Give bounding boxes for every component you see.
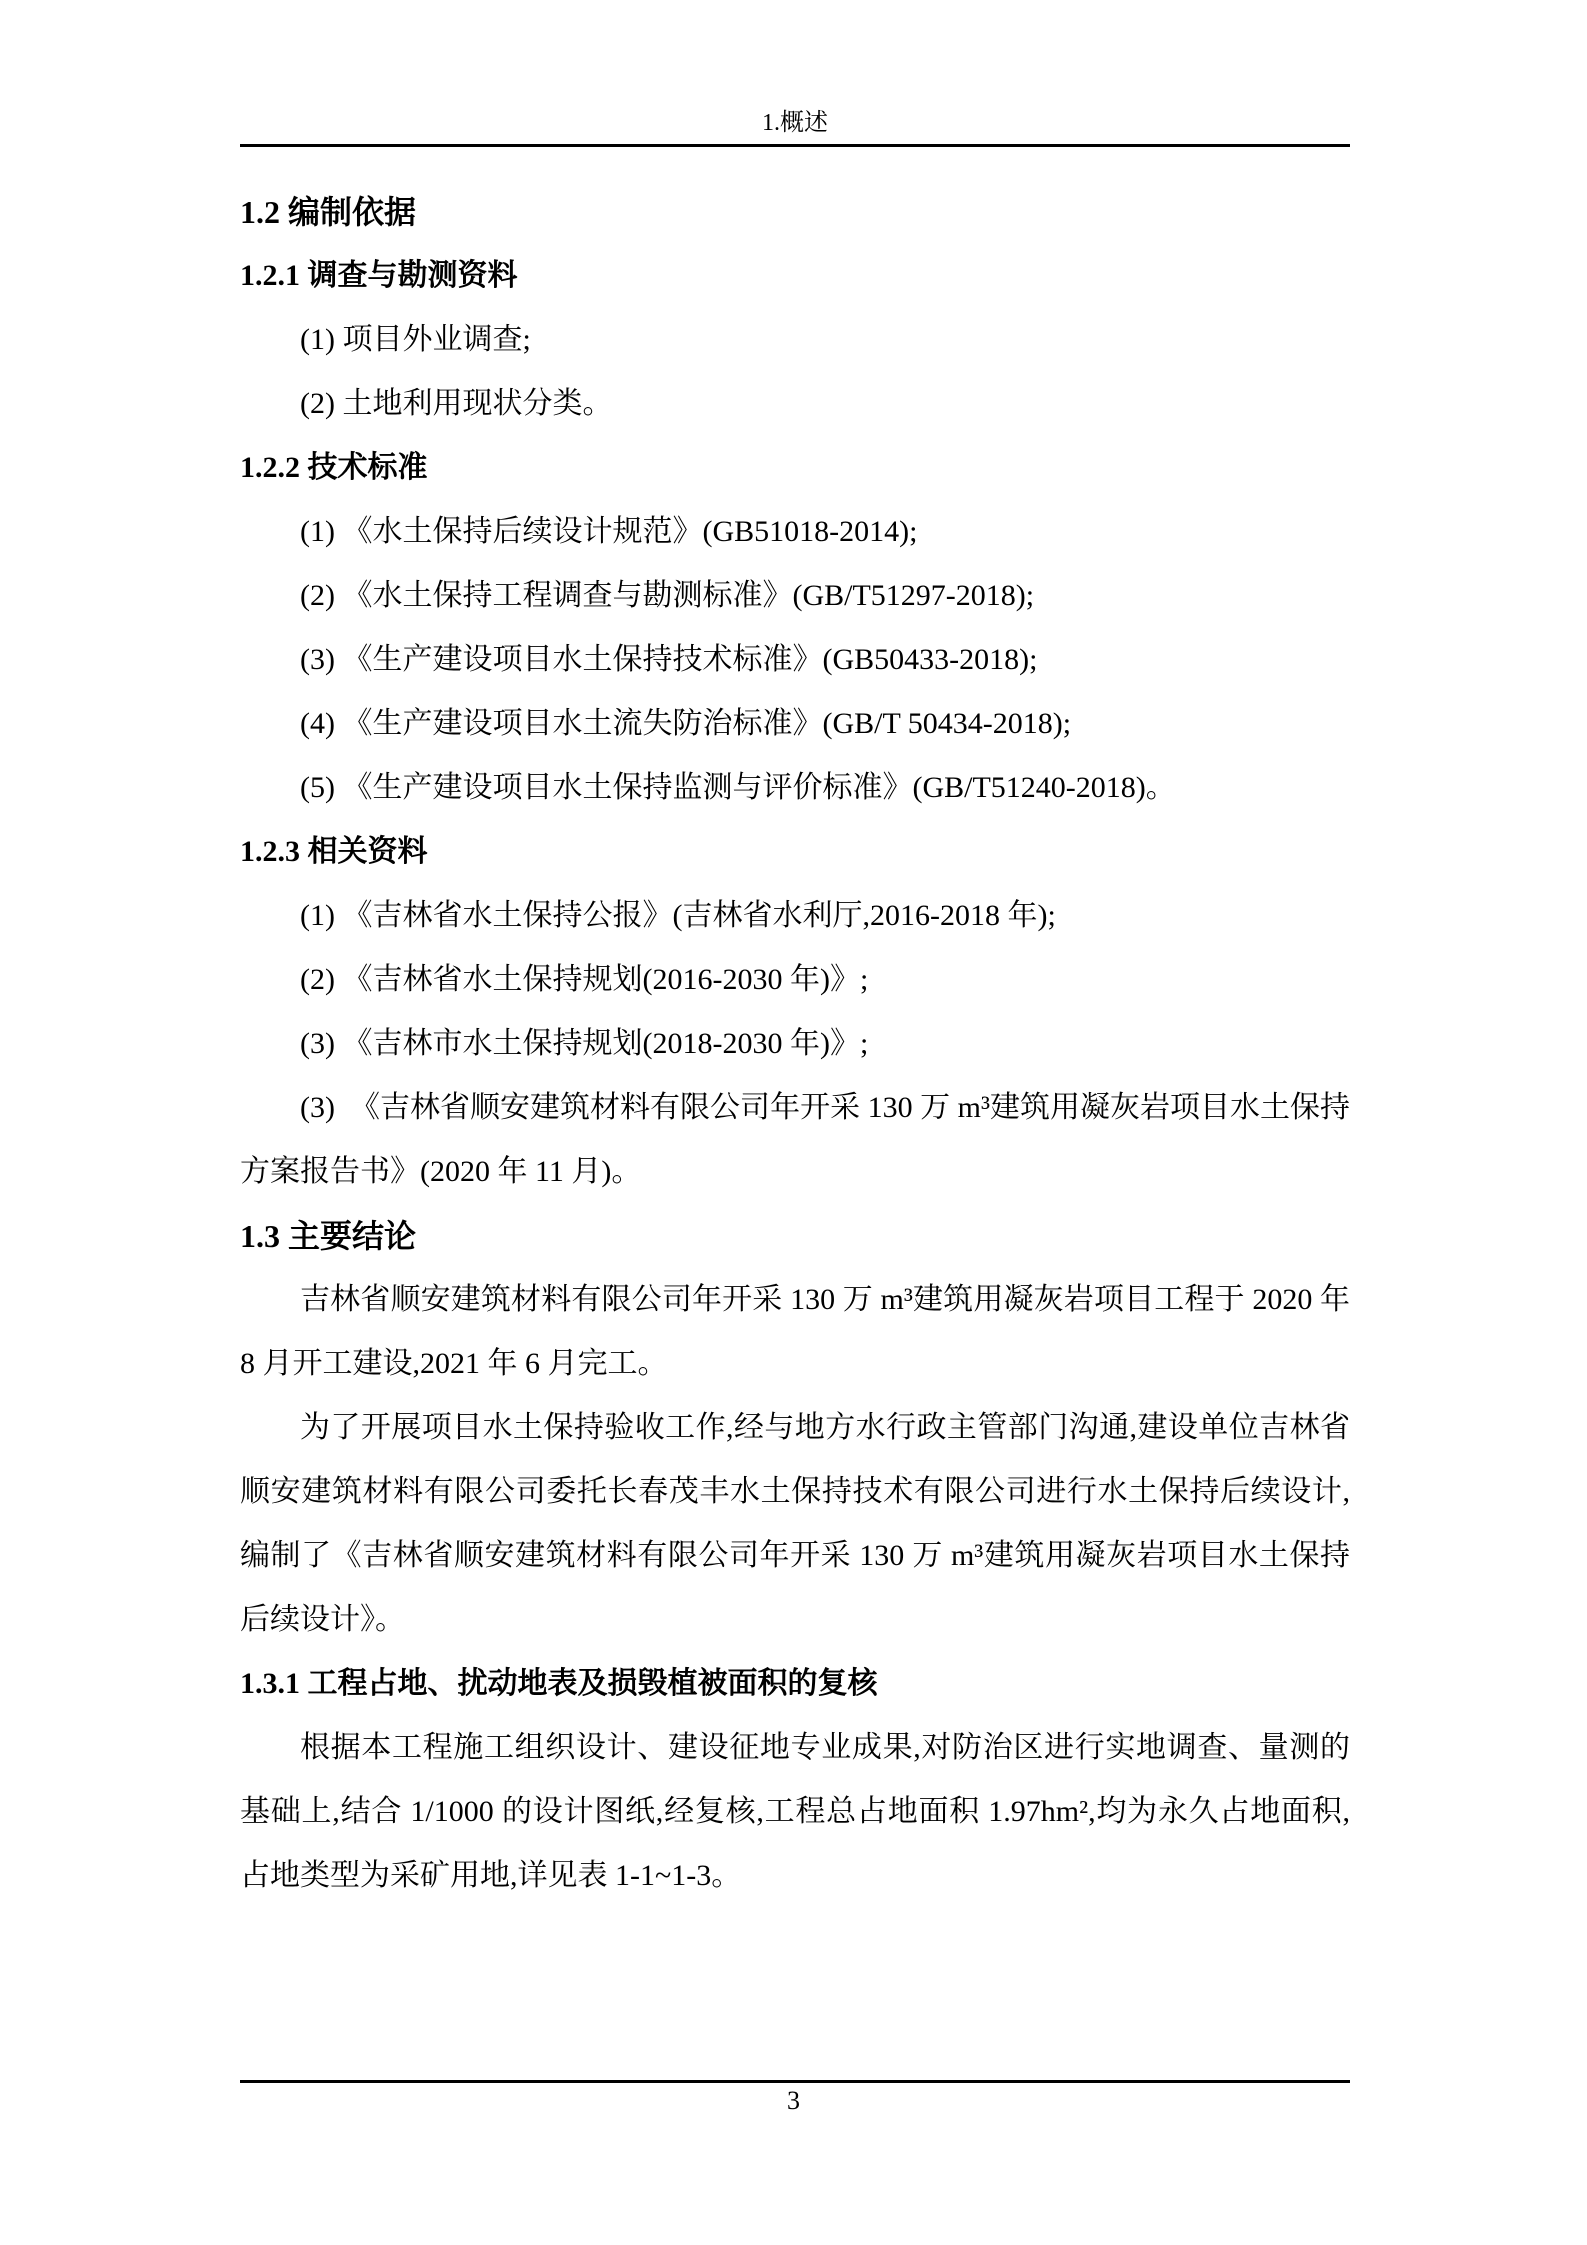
list-item: (4) 《生产建设项目水土流失防治标准》(GB/T 50434-2018); bbox=[240, 692, 1350, 756]
header-title: 1.概述 bbox=[762, 110, 828, 136]
list-item: (1) 《水土保持后续设计规范》(GB51018-2014); bbox=[240, 500, 1350, 564]
heading-1-2-2: 1.2.2 技术标准 bbox=[240, 436, 1350, 500]
document-page: 1.概述 1.2 编制依据 1.2.1 调查与勘测资料 (1) 项目外业调查; … bbox=[0, 0, 1587, 2245]
list-item: (5) 《生产建设项目水土保持监测与评价标准》(GB/T51240-2018)。 bbox=[240, 756, 1350, 820]
footer-rule bbox=[240, 2080, 1350, 2083]
list-item: (3) 《吉林市水土保持规划(2018-2030 年)》; bbox=[240, 1012, 1350, 1076]
list-item: (2) 《吉林省水土保持规划(2016-2030 年)》; bbox=[240, 948, 1350, 1012]
paragraph-area-review: 根据本工程施工组织设计、建设征地专业成果,对防治区进行实地调查、量测的基础上,结… bbox=[240, 1716, 1350, 1908]
list-item: (2) 《水土保持工程调查与勘测标准》(GB/T51297-2018); bbox=[240, 564, 1350, 628]
list-item: (3) 《生产建设项目水土保持技术标准》(GB50433-2018); bbox=[240, 628, 1350, 692]
heading-1-3: 1.3 主要结论 bbox=[240, 1204, 1350, 1268]
heading-1-3-1: 1.3.1 工程占地、扰动地表及损毁植被面积的复核 bbox=[240, 1652, 1350, 1716]
page-header: 1.概述 bbox=[240, 0, 1350, 147]
list-item: (1) 项目外业调查; bbox=[240, 308, 1350, 372]
page-number: 3 bbox=[0, 2086, 1587, 2116]
page-content: 1.2 编制依据 1.2.1 调查与勘测资料 (1) 项目外业调查; (2) 土… bbox=[240, 150, 1350, 1908]
paragraph-reference: (3) 《吉林省顺安建筑材料有限公司年开采 130 万 m³建筑用凝灰岩项目水土… bbox=[240, 1076, 1350, 1204]
paragraph-conclusion-2: 为了开展项目水土保持验收工作,经与地方水行政主管部门沟通,建设单位吉林省顺安建筑… bbox=[240, 1396, 1350, 1652]
heading-1-2-3: 1.2.3 相关资料 bbox=[240, 820, 1350, 884]
list-item: (2) 土地利用现状分类。 bbox=[240, 372, 1350, 436]
paragraph-conclusion-1: 吉林省顺安建筑材料有限公司年开采 130 万 m³建筑用凝灰岩项目工程于 202… bbox=[240, 1268, 1350, 1396]
heading-1-2-1: 1.2.1 调查与勘测资料 bbox=[240, 244, 1350, 308]
heading-1-2: 1.2 编制依据 bbox=[240, 180, 1350, 244]
list-item: (1) 《吉林省水土保持公报》(吉林省水利厅,2016-2018 年); bbox=[240, 884, 1350, 948]
